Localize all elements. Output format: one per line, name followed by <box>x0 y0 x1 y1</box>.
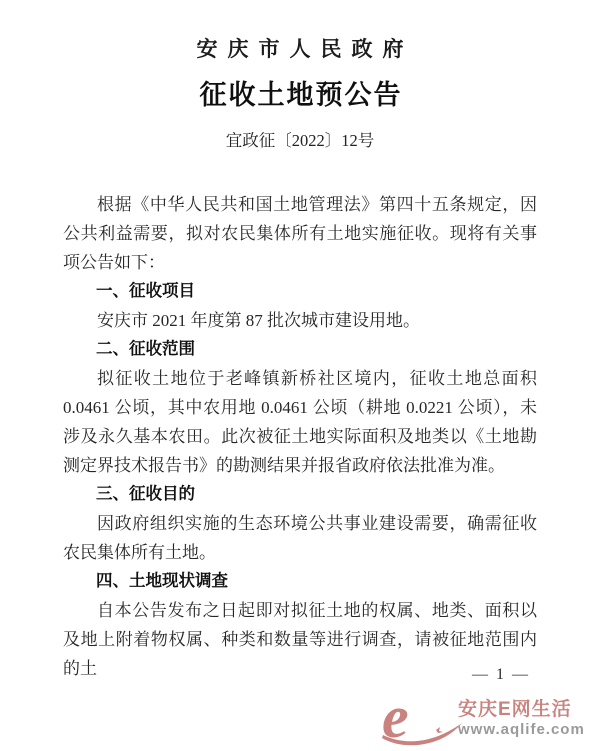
intro-paragraph: 根据《中华人民共和国土地管理法》第四十五条规定，因公共利益需要，拟对农民集体所有… <box>63 190 537 277</box>
logo-star <box>436 727 443 733</box>
watermark-site-url: www.aqlife.com <box>458 721 594 739</box>
aqlife-e-logo-icon: e <box>380 690 464 748</box>
section-4-paragraph: 自本公告发布之日起即对拟征土地的权属、地类、面积以及地上附着物权属、种类和数量等… <box>63 596 537 683</box>
section-1: 一、征收项目 安庆市 2021 年度第 87 批次城市建设用地。 <box>63 277 537 335</box>
document-body: 根据《中华人民共和国土地管理法》第四十五条规定，因公共利益需要，拟对农民集体所有… <box>63 190 537 683</box>
watermark-site-name: 安庆E网生活 <box>458 699 594 721</box>
document-page: 安庆市人民政府 征收土地预公告 宜政征〔2022〕12号 根据《中华人民共和国土… <box>0 0 600 751</box>
section-3: 三、征收目的 因政府组织实施的生态环境公共事业建设需要，确需征收农民集体所有土地… <box>63 480 537 567</box>
section-4: 四、土地现状调查 自本公告发布之日起即对拟征土地的权属、地类、面积以及地上附着物… <box>63 567 537 683</box>
section-2: 二、征收范围 拟征收土地位于老峰镇新桥社区境内，征收土地总面积 0.0461 公… <box>63 335 537 480</box>
section-4-heading: 四、土地现状调查 <box>63 567 537 596</box>
document-issuer: 安庆市人民政府 <box>0 0 600 63</box>
page-number: — 1 — <box>472 666 530 684</box>
document-number: 宜政征〔2022〕12号 <box>0 127 600 151</box>
section-3-heading: 三、征收目的 <box>63 480 537 509</box>
aqlife-watermark: e 安庆E网生活 www.aqlife.com <box>380 690 594 748</box>
section-2-paragraph: 拟征收土地位于老峰镇新桥社区境内，征收土地总面积 0.0461 公顷，其中农用地… <box>63 364 537 480</box>
section-3-paragraph: 因政府组织实施的生态环境公共事业建设需要，确需征收农民集体所有土地。 <box>63 509 537 567</box>
document-title: 征收土地预公告 <box>0 73 600 112</box>
section-1-paragraph: 安庆市 2021 年度第 87 批次城市建设用地。 <box>63 306 537 335</box>
watermark-text: 安庆E网生活 www.aqlife.com <box>458 699 594 739</box>
section-1-heading: 一、征收项目 <box>63 277 537 306</box>
section-2-heading: 二、征收范围 <box>63 335 537 364</box>
